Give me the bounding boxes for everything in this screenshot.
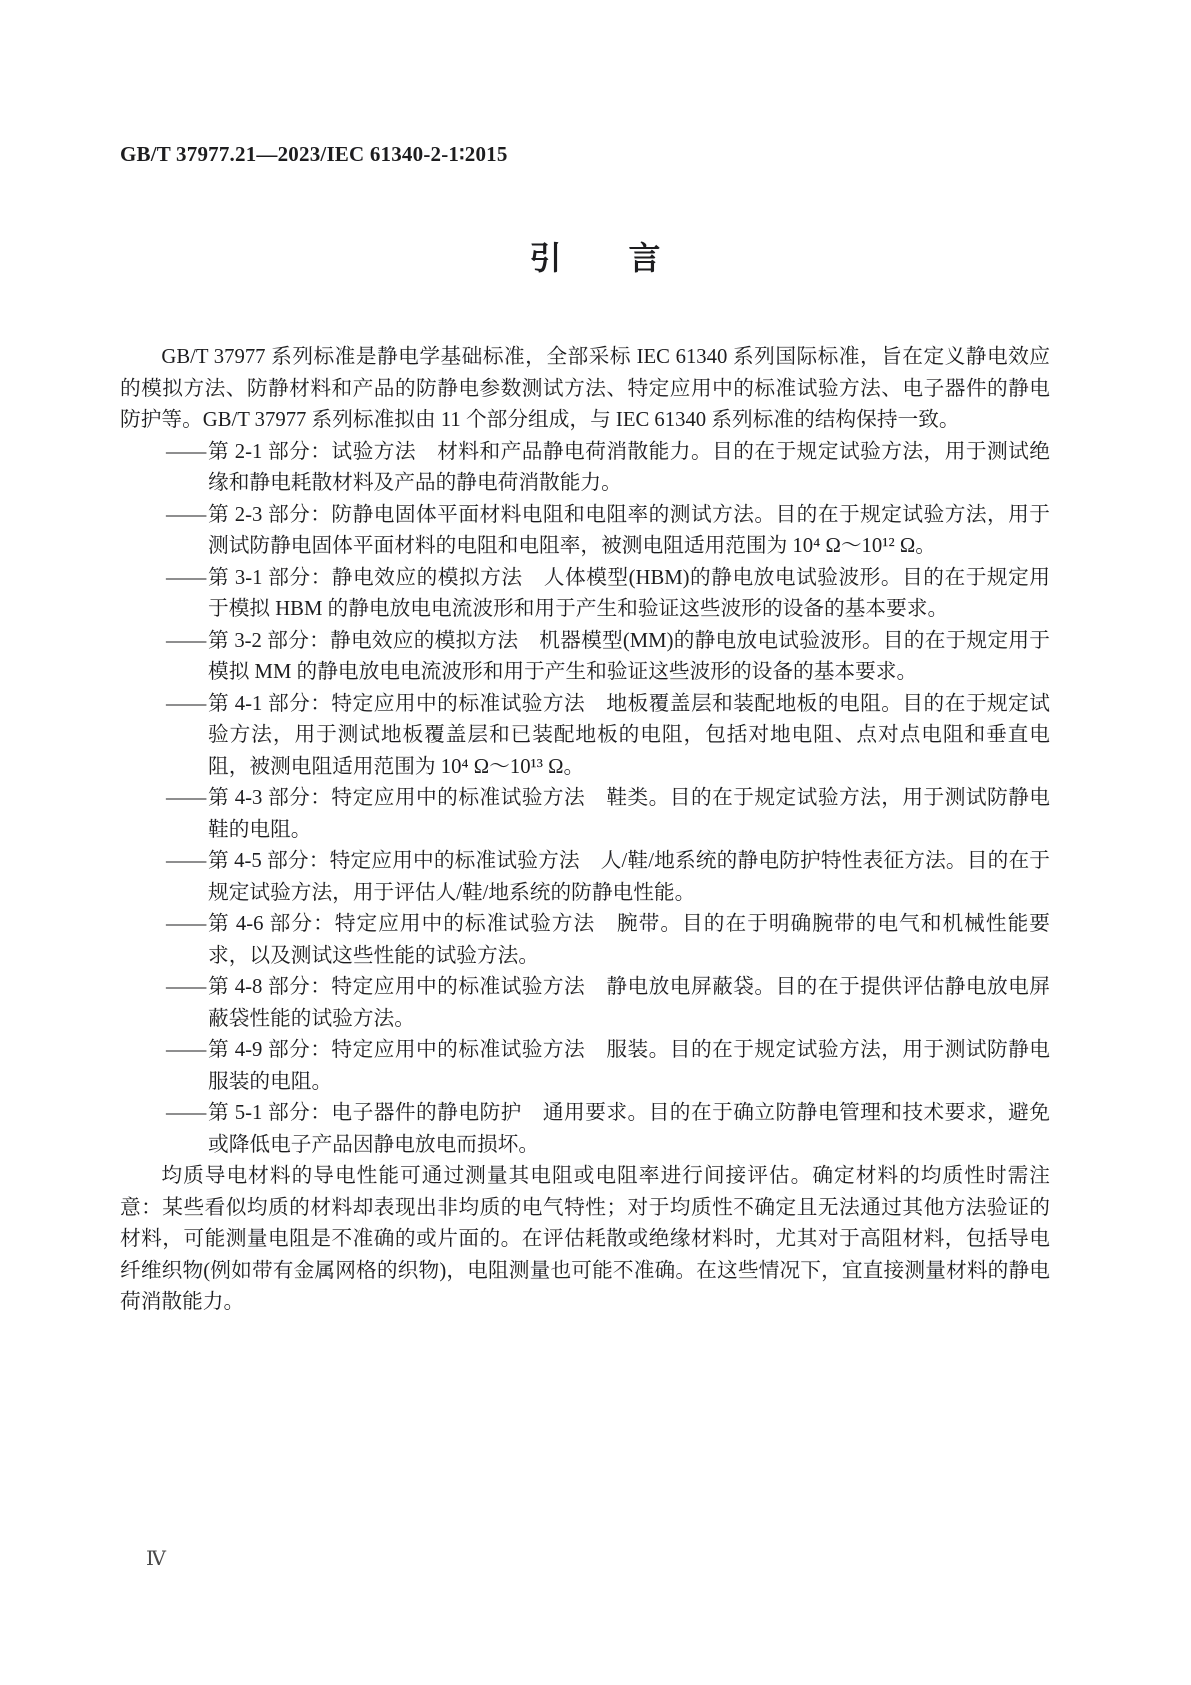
- part-text: 第 4-5 部分：特定应用中的标准试验方法 人/鞋/地系统的静电防护特性表征方法…: [208, 850, 1050, 904]
- part-text: 第 3-2 部分：静电效应的模拟方法 机器模型(MM)的静电放电试验波形。目的在…: [208, 630, 1050, 684]
- part-item-4-3: —— 第 4-3 部分：特定应用中的标准试验方法 鞋类。目的在于规定试验方法，用…: [120, 783, 1050, 846]
- list-dash: ——: [166, 437, 205, 469]
- part-text: 第 2-1 部分：试验方法 材料和产品静电荷消散能力。目的在于规定试验方法，用于…: [208, 441, 1050, 495]
- list-dash: ——: [166, 846, 205, 878]
- list-dash: ——: [166, 1035, 205, 1067]
- closing-paragraph: 均质导电材料的导电性能可通过测量其电阻或电阻率进行间接评估。确定材料的均质性时需…: [120, 1161, 1050, 1319]
- list-dash: ——: [166, 689, 205, 721]
- part-item-3-1: —— 第 3-1 部分：静电效应的模拟方法 人体模型(HBM)的静电放电试验波形…: [120, 563, 1050, 626]
- part-text: 第 5-1 部分：电子器件的静电防护 通用要求。目的在于确立防静电管理和技术要求…: [208, 1102, 1050, 1156]
- part-text: 第 4-8 部分：特定应用中的标准试验方法 静电放电屏蔽袋。目的在于提供评估静电…: [208, 976, 1050, 1030]
- part-item-4-9: —— 第 4-9 部分：特定应用中的标准试验方法 服装。目的在于规定试验方法，用…: [120, 1035, 1050, 1098]
- part-text: 第 3-1 部分：静电效应的模拟方法 人体模型(HBM)的静电放电试验波形。目的…: [208, 567, 1050, 621]
- part-item-2-1: —— 第 2-1 部分：试验方法 材料和产品静电荷消散能力。目的在于规定试验方法…: [120, 437, 1050, 500]
- page-title: 引 言: [0, 240, 1191, 276]
- list-dash: ——: [166, 783, 205, 815]
- part-item-3-2: —— 第 3-2 部分：静电效应的模拟方法 机器模型(MM)的静电放电试验波形。…: [120, 626, 1050, 689]
- document-body: GB/T 37977 系列标准是静电学基础标准，全部采标 IEC 61340 系…: [120, 342, 1050, 1319]
- part-item-4-6: —— 第 4-6 部分：特定应用中的标准试验方法 腕带。目的在于明确腕带的电气和…: [120, 909, 1050, 972]
- part-item-4-8: —— 第 4-8 部分：特定应用中的标准试验方法 静电放电屏蔽袋。目的在于提供评…: [120, 972, 1050, 1035]
- intro-paragraph: GB/T 37977 系列标准是静电学基础标准，全部采标 IEC 61340 系…: [120, 342, 1050, 437]
- part-item-5-1: —— 第 5-1 部分：电子器件的静电防护 通用要求。目的在于确立防静电管理和技…: [120, 1098, 1050, 1161]
- page-number: Ⅳ: [146, 1546, 166, 1571]
- part-text: 第 4-6 部分：特定应用中的标准试验方法 腕带。目的在于明确腕带的电气和机械性…: [208, 913, 1050, 967]
- list-dash: ——: [166, 500, 205, 532]
- list-dash: ——: [166, 972, 205, 1004]
- document-page: GB/T 37977.21—2023/IEC 61340-2-1∶2015 引 …: [0, 0, 1191, 1685]
- list-dash: ——: [166, 626, 205, 658]
- list-dash: ——: [166, 909, 205, 941]
- part-text: 第 4-9 部分：特定应用中的标准试验方法 服装。目的在于规定试验方法，用于测试…: [208, 1039, 1050, 1093]
- part-text: 第 4-3 部分：特定应用中的标准试验方法 鞋类。目的在于规定试验方法，用于测试…: [208, 787, 1050, 841]
- standard-number-heading: GB/T 37977.21—2023/IEC 61340-2-1∶2015: [120, 142, 508, 167]
- part-text: 第 4-1 部分：特定应用中的标准试验方法 地板覆盖层和装配地板的电阻。目的在于…: [208, 693, 1050, 778]
- list-dash: ——: [166, 563, 205, 595]
- part-item-2-3: —— 第 2-3 部分：防静电固体平面材料电阻和电阻率的测试方法。目的在于规定试…: [120, 500, 1050, 563]
- list-dash: ——: [166, 1098, 205, 1130]
- part-item-4-1: —— 第 4-1 部分：特定应用中的标准试验方法 地板覆盖层和装配地板的电阻。目…: [120, 689, 1050, 784]
- part-text: 第 2-3 部分：防静电固体平面材料电阻和电阻率的测试方法。目的在于规定试验方法…: [208, 504, 1050, 558]
- part-item-4-5: —— 第 4-5 部分：特定应用中的标准试验方法 人/鞋/地系统的静电防护特性表…: [120, 846, 1050, 909]
